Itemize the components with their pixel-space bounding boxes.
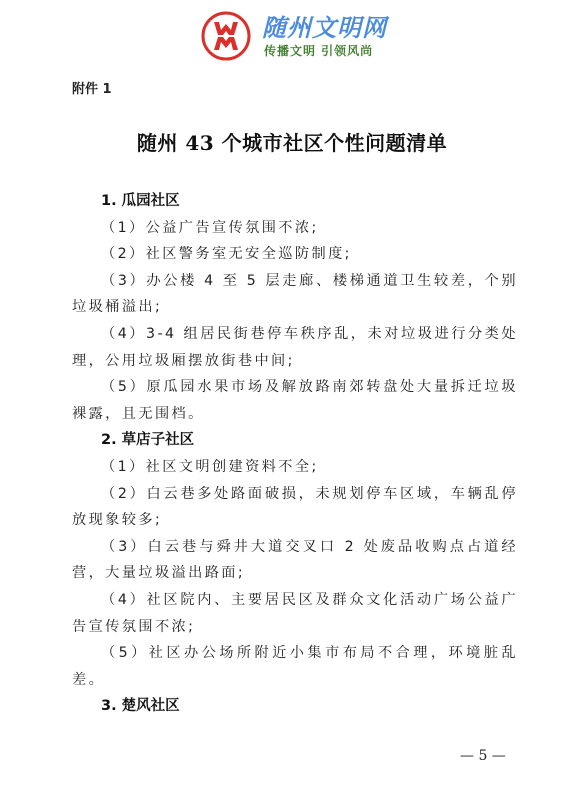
site-title: 随州文明网 xyxy=(262,8,387,43)
list-item: （5）原瓜园水果市场及解放路南郊转盘处大量拆迁垃圾裸露，且无围档。 xyxy=(72,374,518,427)
section-heading: 2. 草店子社区 xyxy=(72,427,518,454)
section-heading: 3. 楚风社区 xyxy=(72,693,518,720)
list-item: （2）社区警务室无安全巡防制度; xyxy=(72,241,518,268)
list-item: （1）公益广告宣传氛围不浓; xyxy=(72,215,518,242)
page-number: — 5 — xyxy=(460,748,506,764)
document-title: 随州 43 个城市社区个性问题清单 xyxy=(0,127,584,156)
list-item: （3）白云巷与舜井大道交叉口 2 处废品收购点占道经营，大量垃圾溢出路面; xyxy=(72,534,518,587)
section-chufeng: 3. 楚风社区 xyxy=(72,693,518,720)
list-item: （3）办公楼 4 至 5 层走廊、楼梯通道卫生较差，个别垃圾桶溢出; xyxy=(72,268,518,321)
section-caodianzi: 2. 草店子社区 （1）社区文明创建资料不全; （2）白云巷多处路面破损，未规划… xyxy=(72,427,518,693)
section-guayuan: 1. 瓜园社区 （1）公益广告宣传氛围不浓; （2）社区警务室无安全巡防制度; … xyxy=(72,188,518,427)
list-item: （4）3-4 组居民街巷停车秩序乱，未对垃圾进行分类处理，公用垃圾厢摆放街巷中间… xyxy=(72,321,518,374)
site-slogan: 传播文明 引领风尚 xyxy=(264,42,373,59)
list-item: （2）白云巷多处路面破损，未规划停车区域，车辆乱停放现象较多; xyxy=(72,481,518,534)
wm-emblem-icon xyxy=(200,10,252,62)
list-item: （4）社区院内、主要居民区及群众文化活动广场公益广告宣传氛围不浓; xyxy=(72,587,518,640)
list-item: （5）社区办公场所附近小集市布局不合理，环境脏乱差。 xyxy=(72,640,518,693)
document-body: 1. 瓜园社区 （1）公益广告宣传氛围不浓; （2）社区警务室无安全巡防制度; … xyxy=(72,188,518,720)
site-logo[interactable]: 随州文明网 传播文明 引领风尚 xyxy=(200,8,400,64)
section-heading: 1. 瓜园社区 xyxy=(72,188,518,215)
list-item: （1）社区文明创建资料不全; xyxy=(72,454,518,481)
attachment-label: 附件 1 xyxy=(72,78,112,97)
